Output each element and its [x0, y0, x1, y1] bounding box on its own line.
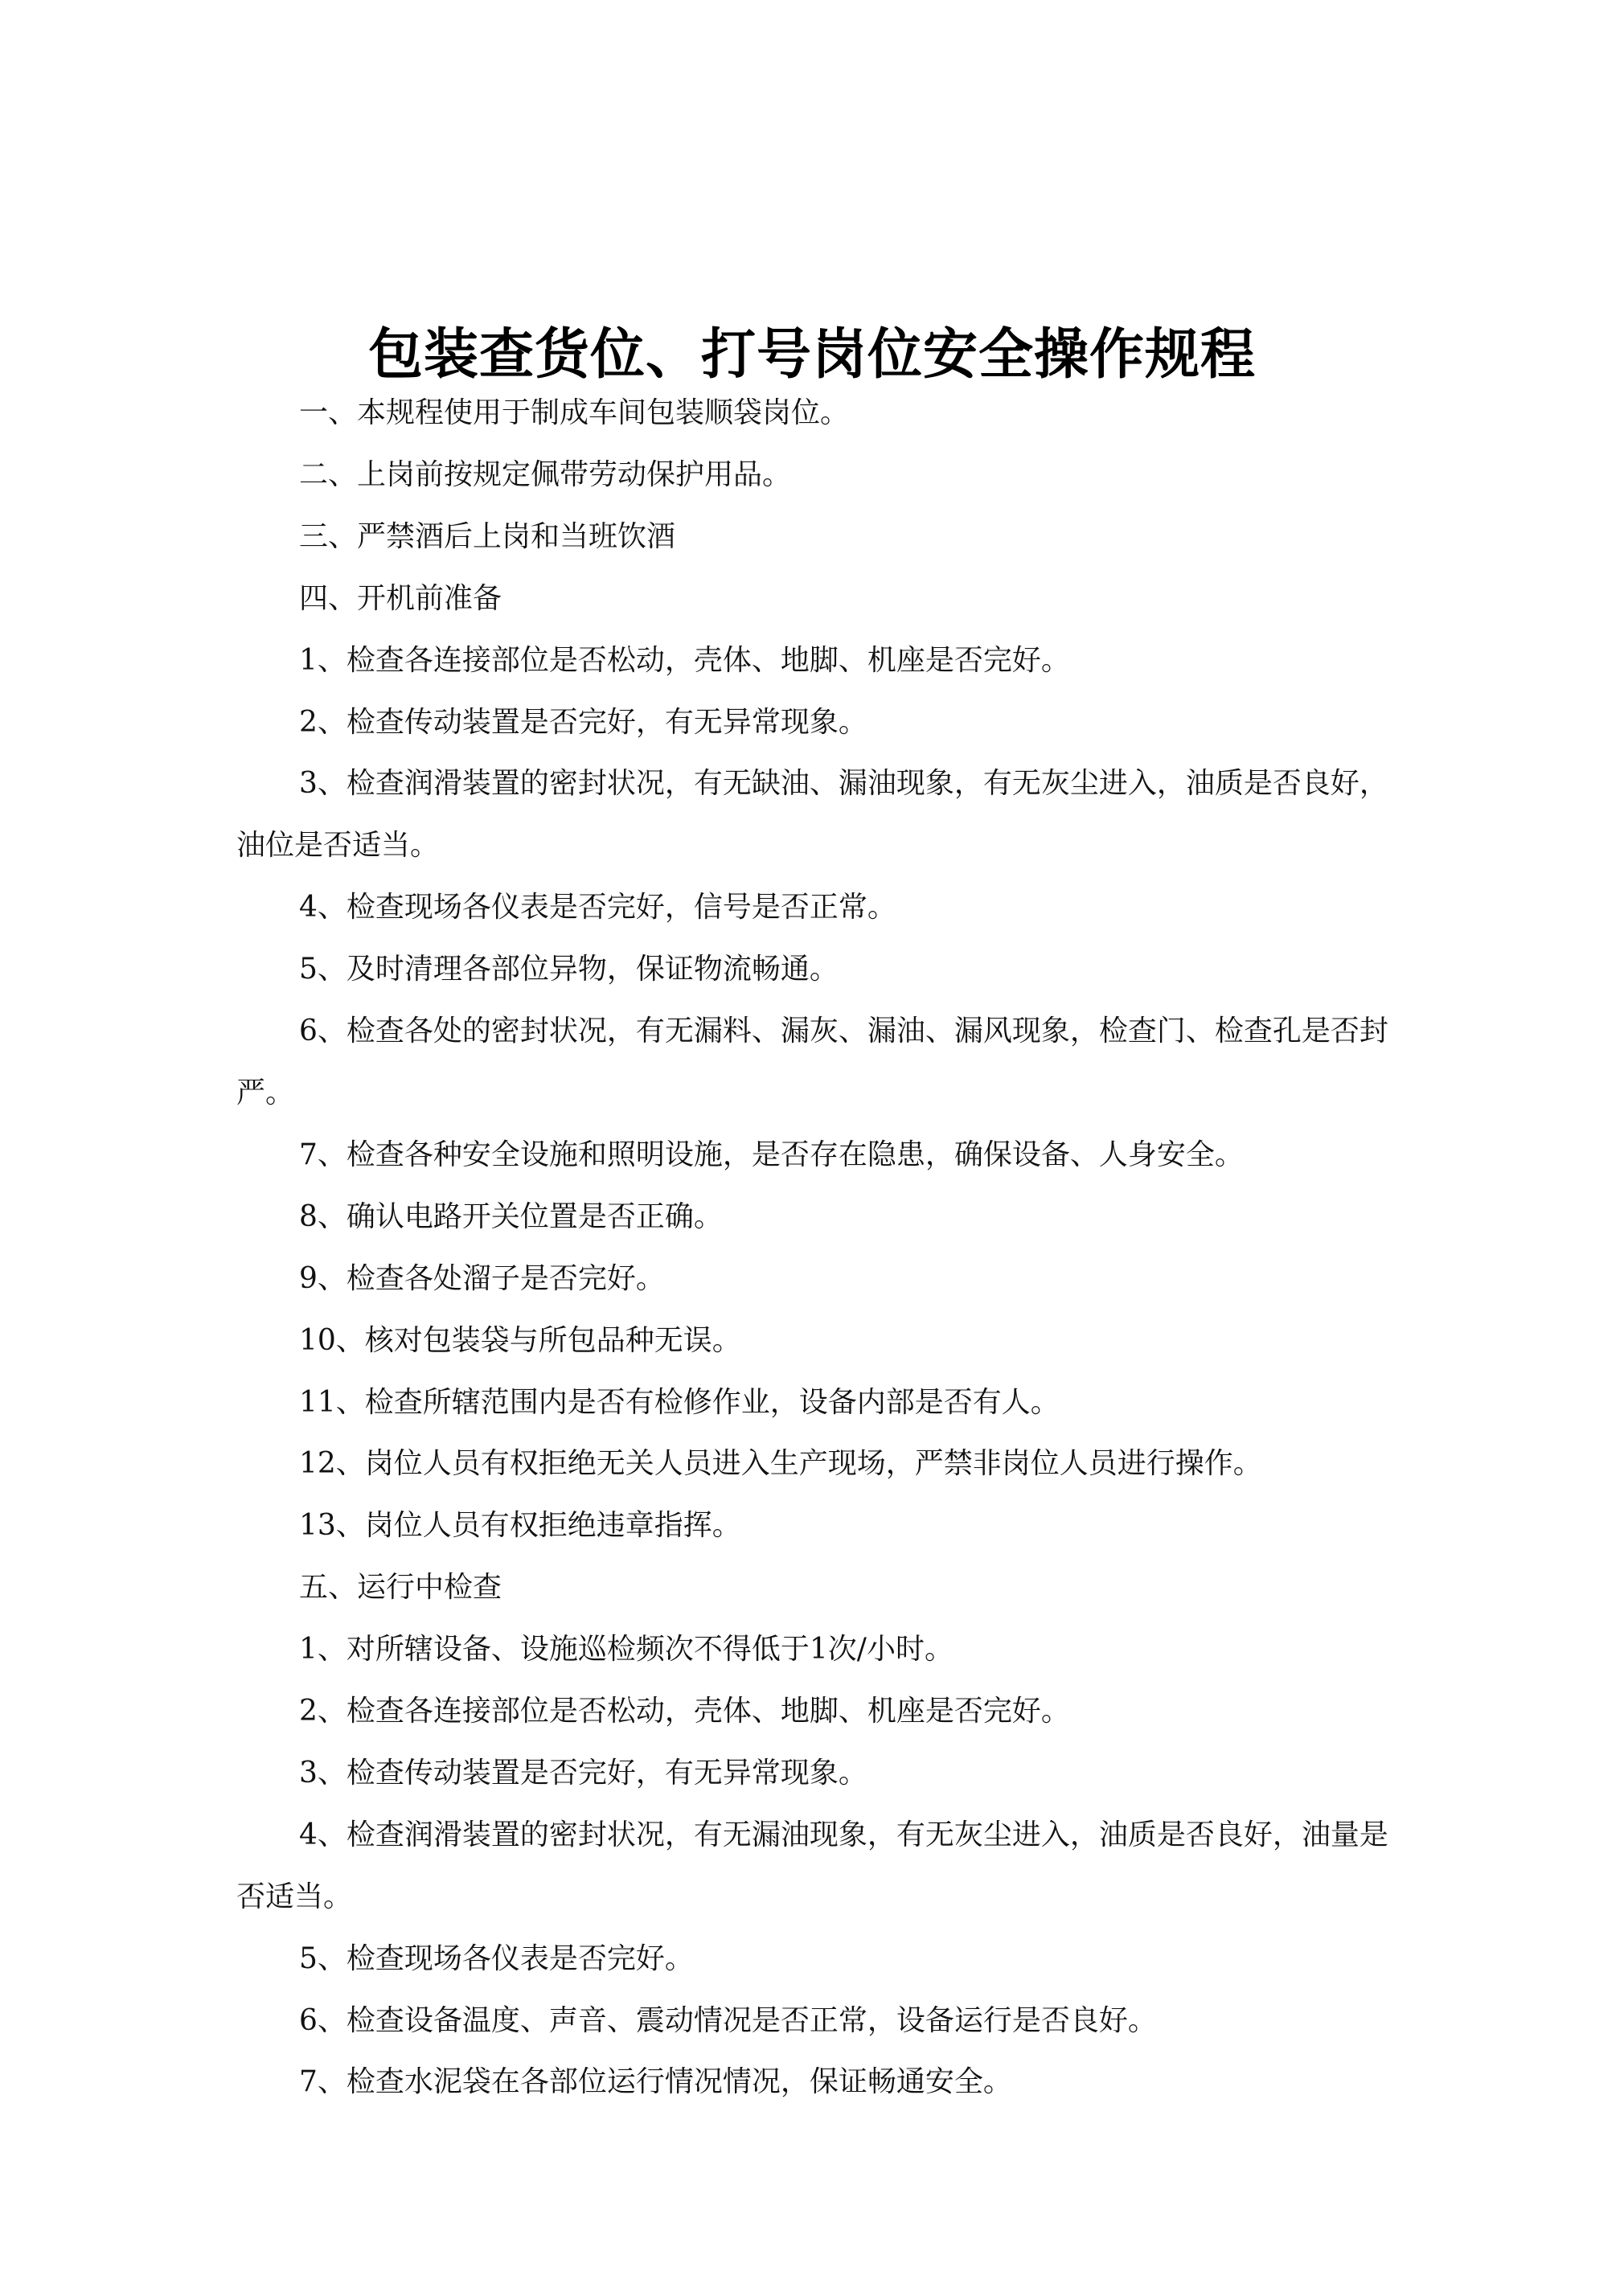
section-heading-running-check: 五、运行中检查 [236, 1557, 1402, 1619]
list-item: 10、核对包装袋与所包品种无误。 [236, 1310, 1402, 1372]
list-item: 12、岗位人员有权拒绝无关人员进入生产现场，严禁非岗位人员进行操作。 [236, 1433, 1402, 1495]
list-item: 5、检查现场各仪表是否完好。 [236, 1929, 1402, 1991]
paragraph-section-1: 一、本规程使用于制成车间包装顺袋岗位。 [236, 383, 1402, 445]
list-item: 2、检查传动装置是否完好，有无异常现象。 [236, 692, 1402, 754]
list-item: 5、及时清理各部位异物，保证物流畅通。 [236, 939, 1402, 1001]
list-item: 2、检查各连接部位是否松动，壳体、地脚、机座是否完好。 [236, 1681, 1402, 1743]
list-item: 6、检查各处的密封状况，有无漏料、漏灰、漏油、漏风现象，检查门、检查孔是否封严。 [236, 1001, 1402, 1125]
list-item: 1、检查各连接部位是否松动，壳体、地脚、机座是否完好。 [236, 630, 1402, 692]
list-item: 6、检查设备温度、声音、震动情况是否正常，设备运行是否良好。 [236, 1991, 1402, 2052]
list-item: 7、检查水泥袋在各部位运行情况情况，保证畅通安全。 [236, 2052, 1402, 2114]
list-item: 3、检查传动装置是否完好，有无异常现象。 [236, 1743, 1402, 1805]
list-item: 11、检查所辖范围内是否有检修作业，设备内部是否有人。 [236, 1372, 1402, 1434]
list-item: 1、对所辖设备、设施巡检频次不得低于1次/小时。 [236, 1619, 1402, 1681]
list-item: 8、确认电路开关位置是否正确。 [236, 1187, 1402, 1248]
document-body: 一、本规程使用于制成车间包装顺袋岗位。 二、上岗前按规定佩带劳动保护用品。 三、… [236, 383, 1402, 2114]
list-item: 7、检查各种安全设施和照明设施，是否存在隐患，确保设备、人身安全。 [236, 1125, 1402, 1187]
list-item: 4、检查现场各仪表是否完好，信号是否正常。 [236, 877, 1402, 939]
list-item: 13、岗位人员有权拒绝违章指挥。 [236, 1495, 1402, 1557]
document-page: 包装查货位、打号岗位安全操作规程 一、本规程使用于制成车间包装顺袋岗位。 二、上… [0, 0, 1624, 2296]
paragraph-section-3: 三、严禁酒后上岗和当班饮酒 [236, 506, 1402, 568]
paragraph-section-2: 二、上岗前按规定佩带劳动保护用品。 [236, 445, 1402, 506]
section-heading-pre-start: 四、开机前准备 [236, 568, 1402, 630]
list-item: 4、检查润滑装置的密封状况，有无漏油现象，有无灰尘进入，油质是否良好，油量是否适… [236, 1805, 1402, 1929]
list-item: 3、检查润滑装置的密封状况，有无缺油、漏油现象，有无灰尘进入，油质是否良好，油位… [236, 753, 1402, 877]
list-item: 9、检查各处溜子是否完好。 [236, 1248, 1402, 1310]
